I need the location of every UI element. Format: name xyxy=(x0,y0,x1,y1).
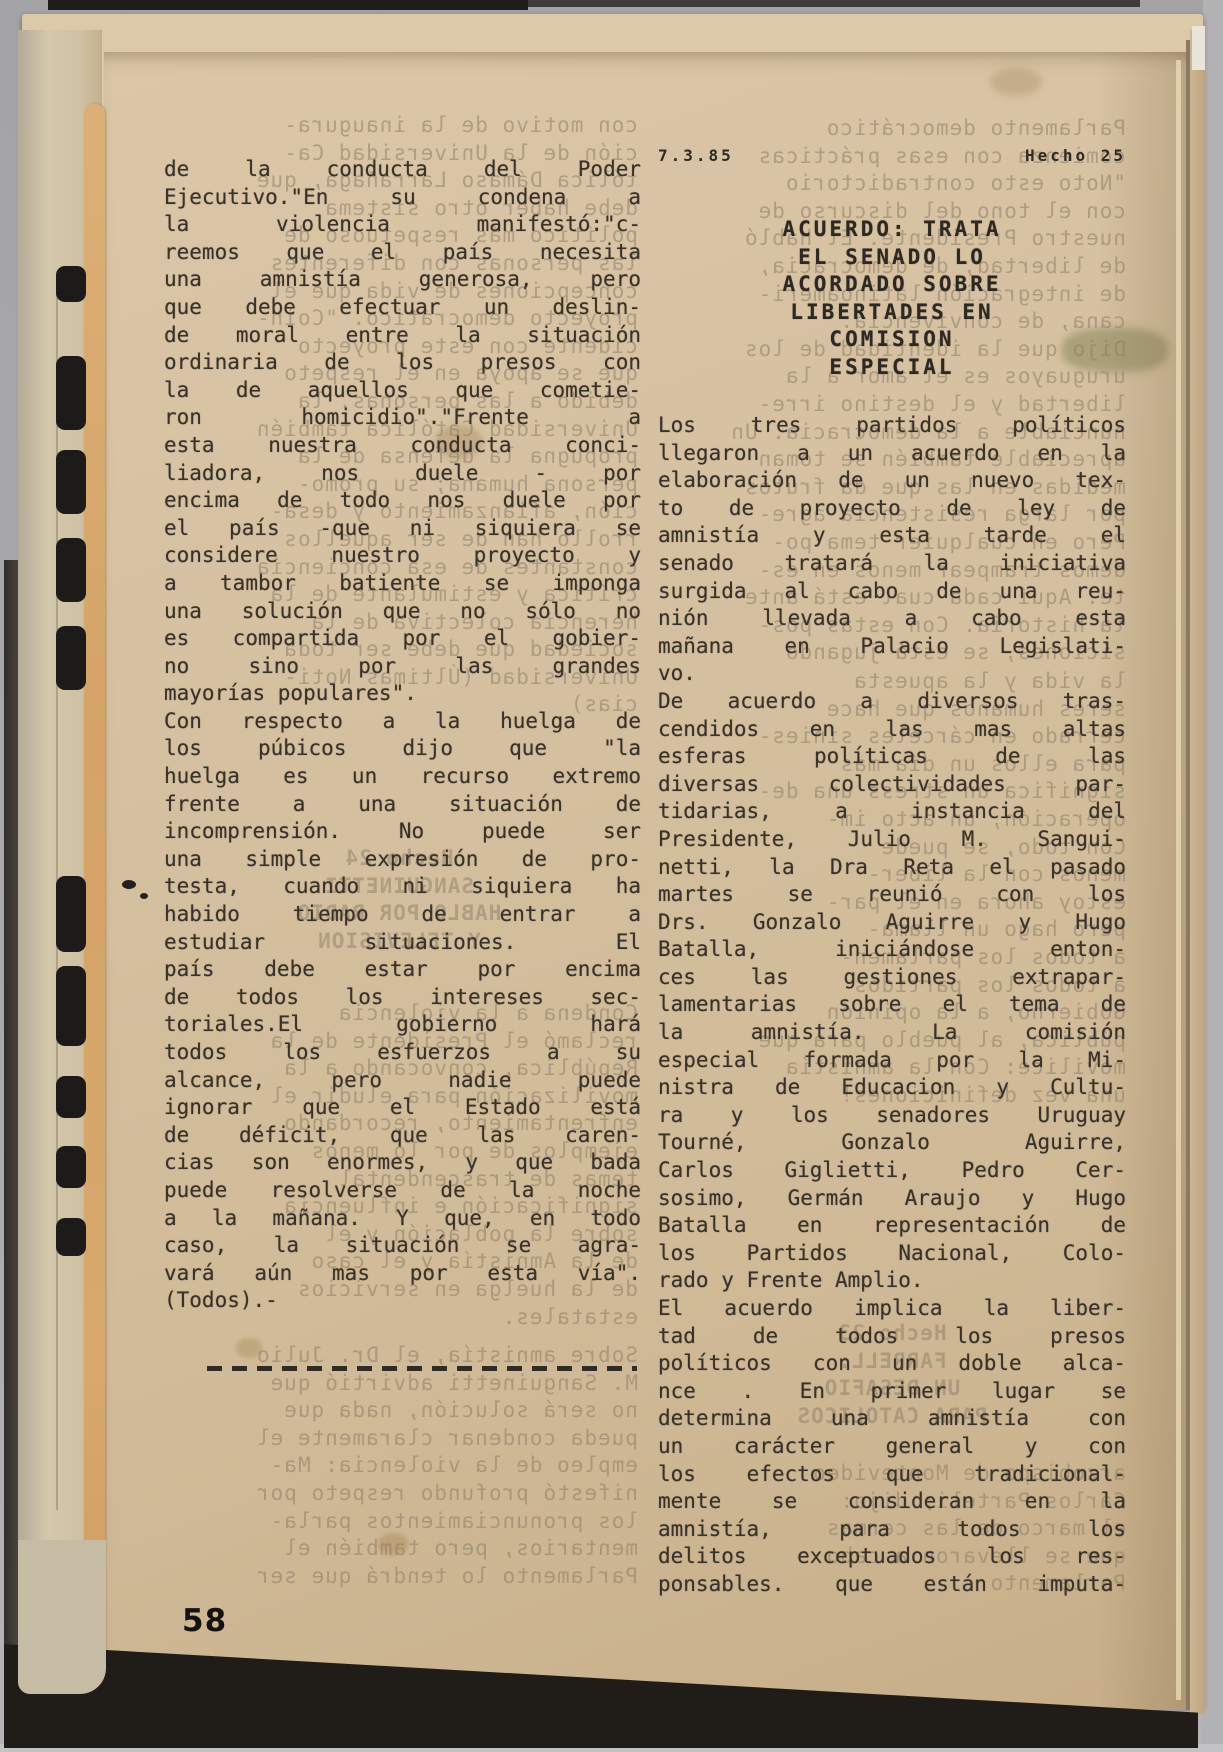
article-headline: ACUERDO: TRATAEL SENADO LOACORDADO SOBRE… xyxy=(658,216,1126,382)
text-line: que debe efectuar un deslin- xyxy=(164,294,641,322)
text-line: huelga es un recurso extremo xyxy=(164,763,641,791)
text-line: Los tres partidos políticos xyxy=(658,412,1126,440)
text-line: delitos exceptuados los res- xyxy=(658,1543,1126,1571)
text-line: surgida al cabo de una reu- xyxy=(658,578,1126,606)
text-line: una amnistía generosa, pero xyxy=(164,266,641,294)
text-line: de déficit, que las caren- xyxy=(164,1122,641,1150)
text-line: mañana en Palacio Legislati- xyxy=(658,633,1126,661)
text-line: encima de todo nos duele por xyxy=(164,487,641,515)
text-line: esta nuestra conducta conci- xyxy=(164,432,641,460)
text-line: de la conducta del Poder xyxy=(164,156,641,184)
text-line: martes se reunió con los xyxy=(658,881,1126,909)
hecho-label: Hecho 25 xyxy=(1025,146,1126,165)
text-line: los efectos que tradicional- xyxy=(658,1461,1126,1489)
text-line: mente se consideran en la xyxy=(658,1488,1126,1516)
text-line: ordinaria de los presos con xyxy=(164,349,641,377)
text-line: la de aquellos que cometie- xyxy=(164,377,641,405)
text-line: ra y los senadores Uruguay xyxy=(658,1102,1126,1130)
text-line: El acuerdo implica la liber- xyxy=(658,1295,1126,1323)
text-line: nión llevada a cabo esta xyxy=(658,605,1126,633)
text-line: elaboración de un nuevo tex- xyxy=(658,467,1126,495)
text-line: especial formada por la Mi- xyxy=(658,1047,1126,1075)
headline-line: LIBERTADES EN xyxy=(658,299,1126,327)
text-line: estudiar situaciones. El xyxy=(164,929,641,957)
text-line: nistra de Educacion y Cultu- xyxy=(658,1074,1126,1102)
text-line: ron homicidio"."Frente a xyxy=(164,404,641,432)
right-text-column: Los tres partidos políticosllegaron a un… xyxy=(658,412,1126,1599)
text-line: esferas políticas de las xyxy=(658,743,1126,771)
text-line: amnistía y esta tarde el xyxy=(658,522,1126,550)
text-line: alcance, pero nadie puede xyxy=(164,1067,641,1095)
text-line: vará aún mas por esta vía". xyxy=(164,1260,641,1288)
text-line: toriales.El gobierno hará xyxy=(164,1011,641,1039)
text-line: considere nuestro proyecto y xyxy=(164,542,641,570)
text-line: senado tratará la iniciativa xyxy=(658,550,1126,578)
text-line: puede resolverse de la noche xyxy=(164,1177,641,1205)
text-line: una solución que no sólo no xyxy=(164,598,641,626)
text-line: no sino por las grandes xyxy=(164,653,641,681)
text-line: ignorar que el Estado está xyxy=(164,1094,641,1122)
headline-line: ACORDADO SOBRE xyxy=(658,271,1126,299)
text-line: país debe estar por encima xyxy=(164,956,641,984)
text-line: a tambor batiente se imponga xyxy=(164,570,641,598)
text-line: Carlos Giglietti, Pedro Cer- xyxy=(658,1157,1126,1185)
text-line: frente a una situación de xyxy=(164,791,641,819)
text-line: diversas colectividades par- xyxy=(658,771,1126,799)
text-line: tad de todos los presos xyxy=(658,1323,1126,1351)
text-line: De acuerdo a diversos tras- xyxy=(658,688,1126,716)
text-line: un carácter general y con xyxy=(658,1433,1126,1461)
text-line: Batalla, iniciándose enton- xyxy=(658,936,1126,964)
page-number: 58 xyxy=(182,1603,227,1639)
text-line: Con respecto a la huelga de xyxy=(164,708,641,736)
text-layer: 7.3.85 Hecho 25 ACUERDO: TRATAEL SENADO … xyxy=(0,0,1223,1752)
text-line: vo. xyxy=(658,660,1126,688)
text-line: amnistía, para todos los xyxy=(658,1516,1126,1544)
text-line: ces las gestiones extrapar- xyxy=(658,964,1126,992)
text-line: de todos los intereses sec- xyxy=(164,984,641,1012)
text-line: llegaron a un acuerdo en la xyxy=(658,440,1126,468)
text-line: habido tiempo de entrar a xyxy=(164,901,641,929)
date-label: 7.3.85 xyxy=(658,146,734,165)
page-stack-corner xyxy=(18,1540,106,1694)
text-line: Drs. Gonzalo Aguirre y Hugo xyxy=(658,909,1126,937)
text-line: el país -que ni siquiera se xyxy=(164,515,641,543)
column-header-row: 7.3.85 Hecho 25 xyxy=(658,146,1126,165)
text-line: una simple expresión de pro- xyxy=(164,846,641,874)
text-line: rado y Frente Amplio. xyxy=(658,1267,1126,1295)
text-line: todos los esfuerzos a su xyxy=(164,1039,641,1067)
text-line: de moral entre la situación xyxy=(164,322,641,350)
text-line: testa, cuando ni siquiera ha xyxy=(164,873,641,901)
left-text-column: de la conducta del PoderEjecutivo."En su… xyxy=(164,156,641,1315)
text-line: netti, la Dra Reta el pasado xyxy=(658,854,1126,882)
text-line: cendidos en las mas altas xyxy=(658,716,1126,744)
text-line: to de proyecto de ley de xyxy=(658,495,1126,523)
text-line: liadora, nos duele - por xyxy=(164,460,641,488)
headline-line: ACUERDO: TRATA xyxy=(658,216,1126,244)
text-line: es compartida por el gobier- xyxy=(164,625,641,653)
text-line: Presidente, Julio M. Sangui- xyxy=(658,826,1126,854)
text-line: caso, la situación se agra- xyxy=(164,1232,641,1260)
text-line: lamentarias sobre el tema de xyxy=(658,991,1126,1019)
dashed-separator xyxy=(207,1366,637,1371)
text-line: la violencia manifestó:"c- xyxy=(164,211,641,239)
text-line: nce . En primer lugar se xyxy=(658,1378,1126,1406)
text-line: Batalla en representación de xyxy=(658,1212,1126,1240)
text-line: a la mañana. Y que, en todo xyxy=(164,1205,641,1233)
text-line: cias son enormes, y que bada xyxy=(164,1149,641,1177)
text-line: ponsables. que están imputa- xyxy=(658,1571,1126,1599)
text-line: Tourné, Gonzalo Aguirre, xyxy=(658,1129,1126,1157)
text-line: tidarias, a instancia del xyxy=(658,798,1126,826)
headline-line: EL SENADO LO xyxy=(658,244,1126,272)
text-line: sosimo, Germán Araujo y Hugo xyxy=(658,1185,1126,1213)
text-line: determina una amnistía con xyxy=(658,1405,1126,1433)
text-line: incomprensión. No puede ser xyxy=(164,818,641,846)
text-line: los púbicos dijo que "la xyxy=(164,735,641,763)
text-line: la amnistía. La comisión xyxy=(658,1019,1126,1047)
text-line: políticos con un doble alca- xyxy=(658,1350,1126,1378)
text-line: los Partidos Nacional, Colo- xyxy=(658,1240,1126,1268)
scanned-document-page: con motivo de la inaugura-ción de la Uni… xyxy=(0,0,1223,1752)
text-line: Ejecutivo."En su condena a xyxy=(164,184,641,212)
text-line: (Todos).- xyxy=(164,1287,641,1315)
headline-line: COMISION xyxy=(658,326,1126,354)
text-line: mayorías populares". xyxy=(164,680,641,708)
headline-line: ESPECIAL xyxy=(658,354,1126,382)
text-line: reemos que el país necesita xyxy=(164,239,641,267)
